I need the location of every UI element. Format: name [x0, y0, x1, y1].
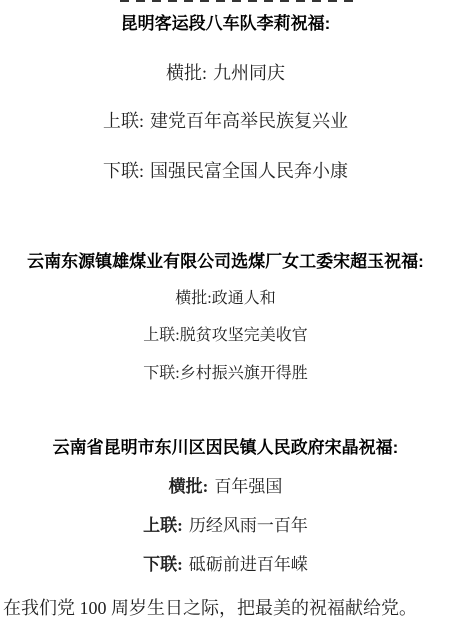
blessing-section-2: 云南东源镇雄煤业有限公司选煤厂女工委宋超玉祝福: 横批:政通人和 上联:脱贫攻坚…	[0, 251, 451, 383]
blessing-section-3: 云南省昆明市东川区因民镇人民政府宋晶祝福: 横批:百年强国 上联:历经风雨一百年…	[0, 437, 451, 575]
line-text: 脱贫攻坚完美收官	[180, 327, 308, 344]
line-text: 建党百年高举民族复兴业	[150, 111, 348, 131]
couplet-line-xialian: 下联:乡村振兴旗开得胜	[0, 364, 451, 383]
couplet-line-hengpi: 横批:九州同庆	[0, 63, 451, 83]
line-text: 九州同庆	[213, 63, 285, 83]
couplet-line-shanglian: 上联:脱贫攻坚完美收官	[0, 326, 451, 345]
blessing-section-1: 昆明客运段八车队李莉祝福: 横批:九州同庆 上联:建党百年高举民族复兴业 下联:…	[0, 13, 451, 181]
document-page: 昆明客运段八车队李莉祝福: 横批:九州同庆 上联:建党百年高举民族复兴业 下联:…	[0, 0, 451, 639]
line-text: 国强民富全国人民奔小康	[150, 161, 348, 181]
couplet-line-hengpi: 横批:百年强国	[0, 477, 451, 497]
section-title: 昆明客运段八车队李莉祝福:	[0, 13, 451, 34]
clipped-text-fragment	[120, 0, 354, 2]
line-label: 上联:	[143, 516, 183, 535]
footer-text: 在我们党 100 周岁生日之际，把最美的祝福献给党。	[0, 597, 451, 619]
couplet-line-hengpi: 横批:政通人和	[0, 289, 451, 308]
couplet-line-shanglian: 上联:建党百年高举民族复兴业	[0, 111, 451, 131]
line-text: 政通人和	[212, 290, 276, 307]
line-label: 下联:	[103, 161, 144, 181]
line-text: 历经风雨一百年	[189, 516, 308, 535]
couplet-line-shanglian: 上联:历经风雨一百年	[0, 516, 451, 536]
line-label: 下联:	[143, 555, 183, 574]
line-label: 横批:	[166, 63, 207, 83]
line-text: 乡村振兴旗开得胜	[180, 365, 308, 382]
line-label: 上联:	[103, 111, 144, 131]
line-label: 下联:	[143, 365, 179, 382]
line-text: 砥砺前进百年嵘	[189, 555, 308, 574]
line-label: 上联:	[143, 327, 179, 344]
line-label: 横批:	[169, 477, 209, 496]
couplet-line-xialian: 下联:砥砺前进百年嵘	[0, 555, 451, 575]
couplet-line-xialian: 下联:国强民富全国人民奔小康	[0, 161, 451, 181]
section-title: 云南省昆明市东川区因民镇人民政府宋晶祝福:	[0, 437, 451, 458]
line-label: 横批:	[175, 290, 211, 307]
section-title: 云南东源镇雄煤业有限公司选煤厂女工委宋超玉祝福:	[0, 251, 451, 272]
line-text: 百年强国	[214, 477, 282, 496]
